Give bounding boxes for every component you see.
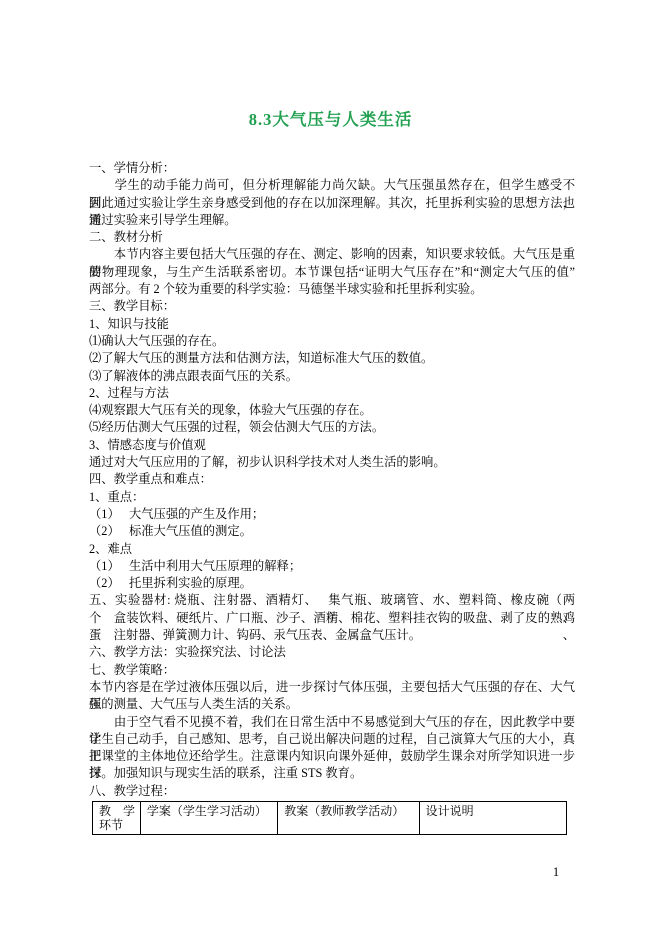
page-number: 1 xyxy=(548,865,564,880)
table-header-cell: 设计说明 xyxy=(420,802,566,834)
body-line: 的物理现象，与生产生活联系密切。本节课包括“证明大气压存在”和“测定大气压的值” xyxy=(89,264,575,281)
table-header-cell: 教 学 环节 xyxy=(93,802,141,834)
body-line: 本节内容主要包括大气压强的存在、测定、影响的因素，知识要求较低。大气压是重要 xyxy=(89,246,575,263)
body-line: （2） 标准大气压值的测定。 xyxy=(89,523,575,540)
body-line: ⑴确认大气压强的存在。 xyxy=(89,333,575,350)
body-line: 2、过程与方法 xyxy=(89,385,575,402)
body-line: 通过实验来引导学生理解。 xyxy=(89,212,575,229)
document-title: 8.3大气压与人类生活 xyxy=(0,106,661,130)
teaching-process-table: 教 学 环节学案（学生学习活动）教案（教师教学活动）设计说明 xyxy=(92,801,567,835)
table-header-cell: 学案（学生学习活动） xyxy=(141,802,278,834)
body-line: 盒装饮料、硬纸片、广口瓶、沙子、酒精、棉花、塑料挂衣钩的吸盘、剥了皮的熟鸡蛋、 xyxy=(89,610,575,627)
body-line: 四、教学重点和难点： xyxy=(89,471,575,488)
body-line: （2） 托里拆利实验的原理。 xyxy=(89,575,575,592)
body-line: 两部分。有 2 个较为重要的科学实验：马德堡半球实验和托里拆利实验。 xyxy=(89,281,575,298)
body-line: 八、教学过程： xyxy=(89,783,575,800)
body-line: 六、教学方法：实验探究法、讨论法 xyxy=(89,644,575,661)
body-line: ⑵了解大气压的测量方法和估测方法，知道标准大气压的数值。 xyxy=(89,350,575,367)
body-line: （1） 大气压强的产生及作用； xyxy=(89,506,575,523)
body-line: 七、教学策略： xyxy=(89,662,575,679)
body-line: 2、难点 xyxy=(89,541,575,558)
body-lines: 一、学情分析： 学生的动手能力尚可，但分析理解能力尚欠缺。大气压强虽然存在，但学… xyxy=(89,160,575,800)
body-line: 本节内容是在学过液体压强以后，进一步探讨气体压强，主要包括大气压强的存在、大气压 xyxy=(89,679,575,696)
table-header-cell: 教案（教师教学活动） xyxy=(278,802,419,834)
body-line: （1） 生活中利用大气压原理的解释； xyxy=(89,558,575,575)
body-line: ⑶了解液体的沸点跟表面气压的关系。 xyxy=(89,368,575,385)
body-line: 学生自己动手，自己感知、思考，自己说出解决问题的过程，自己演算大气压的大小，真正 xyxy=(89,731,575,748)
document-page: 8.3大气压与人类生活 一、学情分析： 学生的动手能力尚可，但分析理解能力尚欠缺… xyxy=(0,0,661,935)
body-line: 1、重点： xyxy=(89,489,575,506)
body-line: 1、知识与技能 xyxy=(89,316,575,333)
body-line: 强的测量、大气压与人类生活的关系。 xyxy=(89,696,575,713)
body-line: ⑸经历估测大气压强的过程，领会估测大气压的方法。 xyxy=(89,419,575,436)
body-line: 3、情感态度与价值观 xyxy=(89,437,575,454)
body-line: 通过对大气压应用的了解，初步认识科学技术对人类生活的影响。 xyxy=(89,454,575,471)
body-line: 因此通过实验让学生亲身感受到他的存在以加深理解。其次，托里拆利实验的思想方法也需 xyxy=(89,195,575,212)
body-line: 把课堂的主体地位还给学生。注意课内知识向课外延伸，鼓励学生课余对所学知识进一步探 xyxy=(89,748,575,765)
body-line: 学生的动手能力尚可，但分析理解能力尚欠缺。大气压强虽然存在，但学生感受不到， xyxy=(89,177,575,194)
body-line: 由于空气看不见摸不着，我们在日常生活中不易感觉到大气压的存在，因此教学中要让 xyxy=(89,714,575,731)
body-line: 讨。加强知识与现实生活的联系，注重 STS 教育。 xyxy=(89,765,575,782)
body-line: 一、学情分析： xyxy=(89,160,575,177)
body-line: 二、教材分析 xyxy=(89,229,575,246)
body-line: ⑷观察跟大气压有关的现象，体验大气压强的存在。 xyxy=(89,402,575,419)
body-line: 五、实验器材: 烧瓶、注射器、酒精灯、 集气瓶、玻璃管、水、塑料筒、橡皮碗（两个… xyxy=(89,592,575,609)
body-line: 三、教学目标： xyxy=(89,298,575,315)
